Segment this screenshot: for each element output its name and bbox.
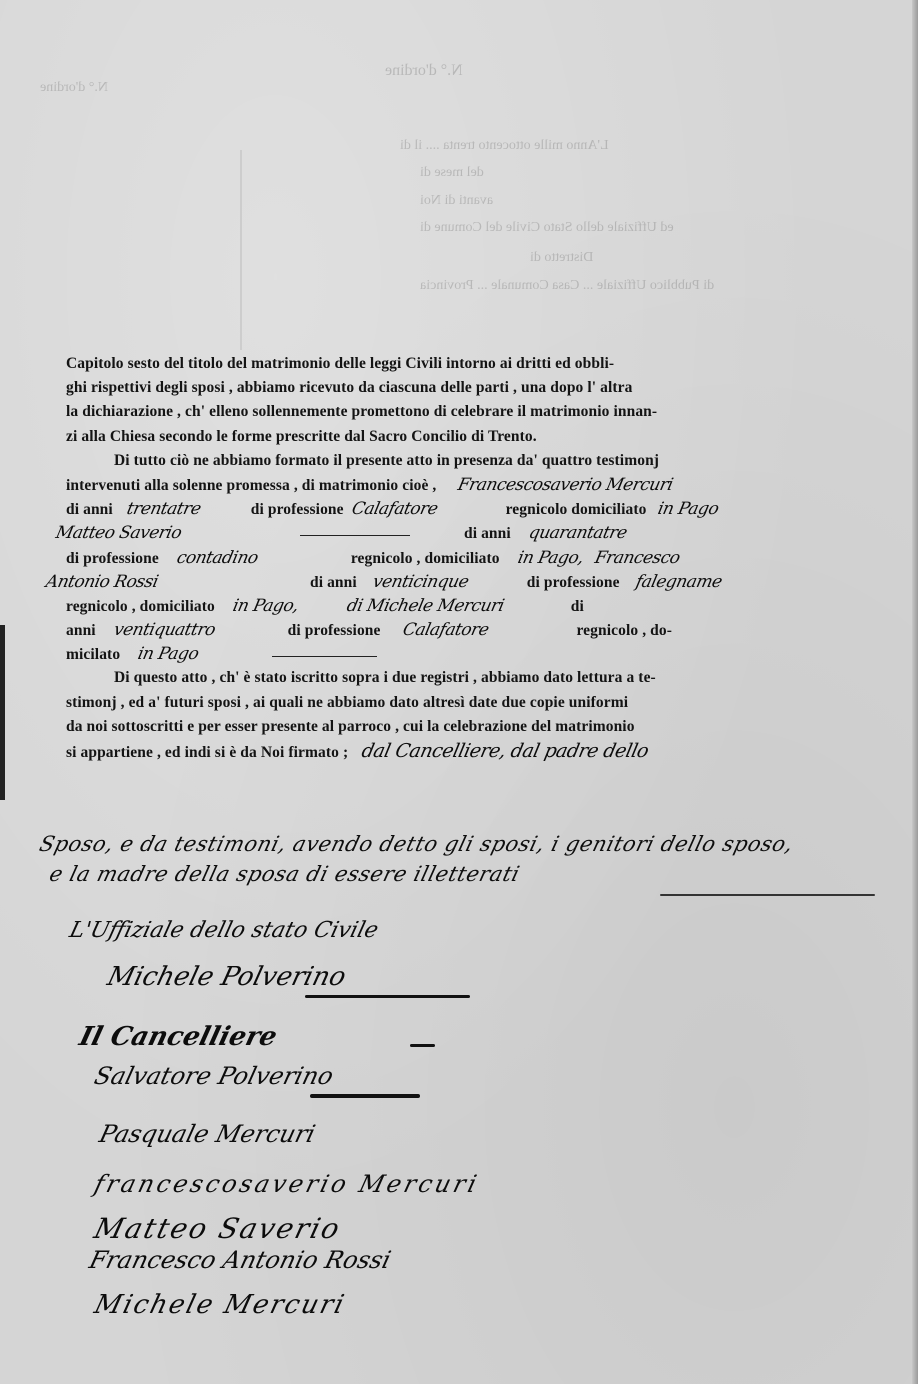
bleed-line-2: del mese di	[420, 165, 484, 181]
witness-4-age: ventiquattro	[111, 618, 286, 642]
handwritten-continuation-1: dal Cancelliere, dal padre dello	[360, 739, 651, 763]
printed-text: regnicolo domiciliato	[506, 501, 647, 518]
printed-text: regnicolo , domiciliato	[66, 598, 215, 615]
chancellor-title: Il Cancelliere	[76, 1022, 280, 1052]
bleed-line-4: ed Uffiziale dello Stato Civile del Comu…	[420, 220, 674, 236]
handwritten-continuation-block: Sposo, e da testimoni, avendo detto gli …	[40, 832, 900, 886]
closing-rule	[660, 894, 875, 896]
bleed-line-6: di Pubblico Uffiziale ... Casa Comunale …	[420, 278, 714, 294]
witness-signature-4: Francesco Antonio Rossi	[87, 1246, 394, 1274]
printed-text: di anni	[310, 574, 357, 591]
witness-signature-1: Pasquale Mercuri	[97, 1120, 319, 1148]
witness-2-name: Matteo Saverio	[53, 521, 318, 545]
paragraph-2-line-6: Antonio Rossi di anni venticinque di pro…	[66, 570, 886, 594]
printed-text: di professione	[66, 550, 159, 567]
page-binding-shadow	[0, 625, 5, 800]
handwritten-continuation-3: e la madre della sposa di essere illette…	[47, 862, 903, 886]
paragraph-3-line: Di questo atto , ch' è stato iscritto so…	[66, 666, 886, 690]
printed-text: di professione	[527, 574, 620, 591]
paragraph-2-line-7: regnicolo , domiciliato in Pago, di Mich…	[66, 594, 886, 618]
witness-4-name: di Michele Mercuri	[344, 594, 569, 618]
witness-signature-3: Matteo Saverio	[91, 1212, 345, 1245]
fill-line	[300, 534, 410, 536]
witness-3-name-part-1: Francesco	[592, 546, 682, 570]
bleed-column-divider	[240, 150, 242, 350]
witness-4-profession: Calafatore	[400, 618, 575, 642]
chancellor-signature: Salvatore Polverino	[92, 1062, 337, 1090]
printed-text: di anni	[464, 525, 511, 542]
printed-text: si appartiene , ed indi si è da Noi firm…	[66, 744, 348, 761]
bleed-header-left: N.° d'ordine	[40, 80, 108, 96]
paragraph-2-line-2: intervenuti alla solenne promessa , di m…	[66, 473, 886, 497]
witness-1-age: trentatre	[124, 497, 249, 521]
bleed-line-3: avanti di Noi	[420, 193, 493, 209]
printed-text: di professione	[288, 622, 381, 639]
handwritten-continuation-2: Sposo, e da testimoni, avendo detto gli …	[37, 832, 903, 856]
paragraph-2-line-8: anni ventiquattro di professione Calafat…	[66, 618, 886, 642]
witness-signature-5: Michele Mercuri	[91, 1290, 349, 1320]
printed-text: intervenuti alla solenne promessa , di m…	[66, 477, 436, 494]
page-edge	[912, 0, 918, 1384]
printed-text-block: Capitolo sesto del titolo del matrimonio…	[66, 352, 886, 763]
document-page: N.° d'ordine N.° d'ordine L'Anno mille o…	[0, 0, 918, 1384]
signature-flourish	[305, 995, 470, 998]
witness-signature-2: francescosaverio Mercuri	[92, 1170, 483, 1198]
paragraph-2-line-4: Matteo Saverio di anni quarantatre	[66, 521, 886, 545]
paragraph-3-line: da noi sottoscritti e per esser presente…	[66, 715, 886, 739]
bleed-line-5: Distretto di	[530, 250, 593, 266]
paragraph-3-line: stimonj , ed a' futuri sposi , ai quali …	[66, 691, 886, 715]
witness-3-name-part-2: Antonio Rossi	[43, 570, 308, 594]
printed-text: anni	[66, 622, 96, 639]
paragraph-2-line-9: micilato in Pago	[66, 642, 886, 666]
paragraph-1-line: la dichiarazione , ch' elleno sollenneme…	[66, 400, 886, 424]
paragraph-1-line: ghi rispettivi degli sposi , abbiamo ric…	[66, 376, 886, 400]
witness-1-domicile: in Pago	[656, 497, 721, 521]
fill-line	[272, 655, 377, 657]
witness-2-domicile: in Pago,	[515, 546, 585, 570]
signature-flourish	[310, 1094, 420, 1098]
printed-text: regnicolo , do-	[576, 622, 672, 639]
paragraph-2-line-1: Di tutto ciò ne abbiamo formato il prese…	[66, 449, 886, 473]
paragraph-2-line-5: di professione contadino regnicolo , dom…	[66, 546, 886, 570]
witness-3-profession: falegname	[633, 570, 724, 594]
witness-2-profession: contadino	[174, 546, 349, 570]
officer-title: L'Uffiziale dello stato Civile	[67, 918, 381, 943]
witness-3-age: venticinque	[370, 570, 525, 594]
witness-1-name: Francescosaverio Mercuri	[456, 473, 676, 497]
printed-text: di anni	[66, 501, 113, 518]
witness-3-domicile: in Pago,	[230, 594, 345, 618]
signature-dash	[410, 1044, 435, 1047]
officer-signature: Michele Polverino	[104, 962, 349, 992]
witness-1-profession: Calafatore	[349, 497, 504, 521]
bleed-line-1: L'Anno mille ottocento trenta .... il di	[400, 138, 609, 154]
printed-text: micilato	[66, 646, 120, 663]
paragraph-1-line: Capitolo sesto del titolo del matrimonio…	[66, 352, 886, 376]
witness-2-age: quarantatre	[526, 521, 629, 545]
paragraph-2-line-3: di anni trentatre di professione Calafat…	[66, 497, 886, 521]
printed-text: regnicolo , domiciliato	[351, 550, 500, 567]
paragraph-1-line: zi alla Chiesa secondo le forme prescrit…	[66, 425, 886, 449]
bleed-header-right: N.° d'ordine	[385, 62, 463, 80]
witness-4-domicile: in Pago	[136, 642, 271, 666]
printed-text: di professione	[251, 501, 344, 518]
printed-text: di	[571, 598, 584, 615]
paragraph-3-line-4: si appartiene , ed indi si è da Noi firm…	[66, 739, 886, 763]
